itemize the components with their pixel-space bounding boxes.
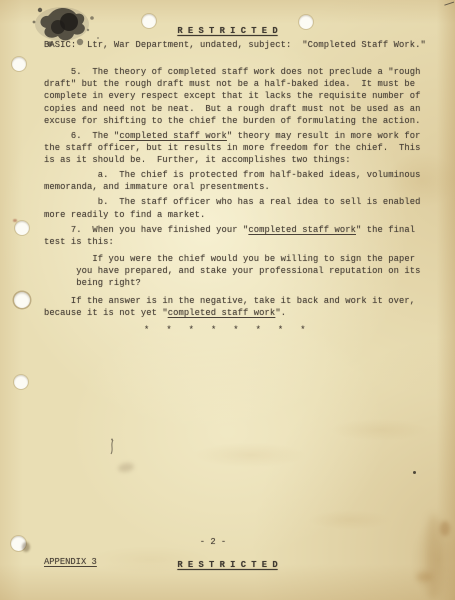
text-line: 7. When you have finished your "complete…: [44, 224, 421, 236]
paper-stain: [416, 572, 432, 582]
text-line: draft" but the rough draft must not be a…: [44, 78, 421, 90]
text-line: the staff officer, but it results in mor…: [44, 142, 421, 154]
paper-stain: [440, 521, 450, 536]
text-line: complete in every respect except that it…: [44, 90, 421, 102]
punch-hole: [142, 14, 156, 28]
text-line: If the answer is in the negative, take i…: [44, 295, 421, 307]
punch-hole: [299, 15, 313, 29]
page-number: - 2 -: [0, 537, 426, 547]
text-line: If you were the chief would you be willi…: [44, 253, 421, 265]
text-line: excuse for shifting to the chief the bur…: [44, 115, 421, 127]
subitem-b: b. The staff officer who has a real idea…: [44, 196, 421, 220]
underlined-phrase: completed staff work: [248, 225, 356, 235]
text-line: copies and need not be neat. But a rough…: [44, 103, 421, 115]
text-line: is as it should be. Further, it accompli…: [44, 154, 421, 166]
punch-hole: [11, 536, 26, 551]
text-line: a. The chief is protected from half-bake…: [44, 169, 421, 181]
pen-mark: [444, 2, 455, 11]
punch-hole: [15, 221, 29, 235]
question-block: If you were the chief would you be willi…: [44, 253, 421, 290]
text-line: test is this:: [44, 236, 421, 248]
paragraph-5: 5. The theory of completed staff work do…: [44, 66, 421, 127]
subitem-a: a. The chief is protected from half-bake…: [44, 169, 421, 193]
punch-hole: [14, 375, 28, 389]
paragraph-7: 7. When you have finished your "complete…: [44, 224, 421, 248]
text-line: 6. The "completed staff work" theory may…: [44, 130, 421, 142]
text-line: you have prepared, and stake your profes…: [44, 265, 421, 277]
document-page: R E S T R I C T E D BASIC: Ltr, War Depa…: [0, 0, 455, 600]
underlined-phrase: completed staff work: [168, 308, 276, 318]
basic-reference-line: BASIC: Ltr, War Department, undated, sub…: [44, 39, 426, 51]
paragraph-6: 6. The "completed staff work" theory may…: [44, 130, 421, 167]
text-line: being right?: [44, 277, 421, 289]
text-line: memoranda, and immature oral presentment…: [44, 181, 421, 193]
ink-speck: [413, 471, 416, 474]
text-line: b. The staff officer who has a real idea…: [44, 196, 421, 208]
text-line: more readily to find a market.: [44, 209, 421, 221]
document-body: 5. The theory of completed staff work do…: [44, 66, 421, 336]
classification-footer: R E S T R I C T E D: [0, 560, 455, 570]
punch-hole: [14, 292, 30, 308]
text-line: because it is not yet "completed staff w…: [44, 307, 421, 319]
punch-hole: [12, 57, 26, 71]
underlined-phrase: completed staff work: [119, 131, 227, 141]
text-line: 5. The theory of completed staff work do…: [44, 66, 421, 78]
asterisk-separator: * * * * * * * *: [44, 324, 421, 336]
closing-paragraph: If the answer is in the negative, take i…: [44, 295, 421, 319]
classification-header: R E S T R I C T E D: [0, 26, 455, 36]
